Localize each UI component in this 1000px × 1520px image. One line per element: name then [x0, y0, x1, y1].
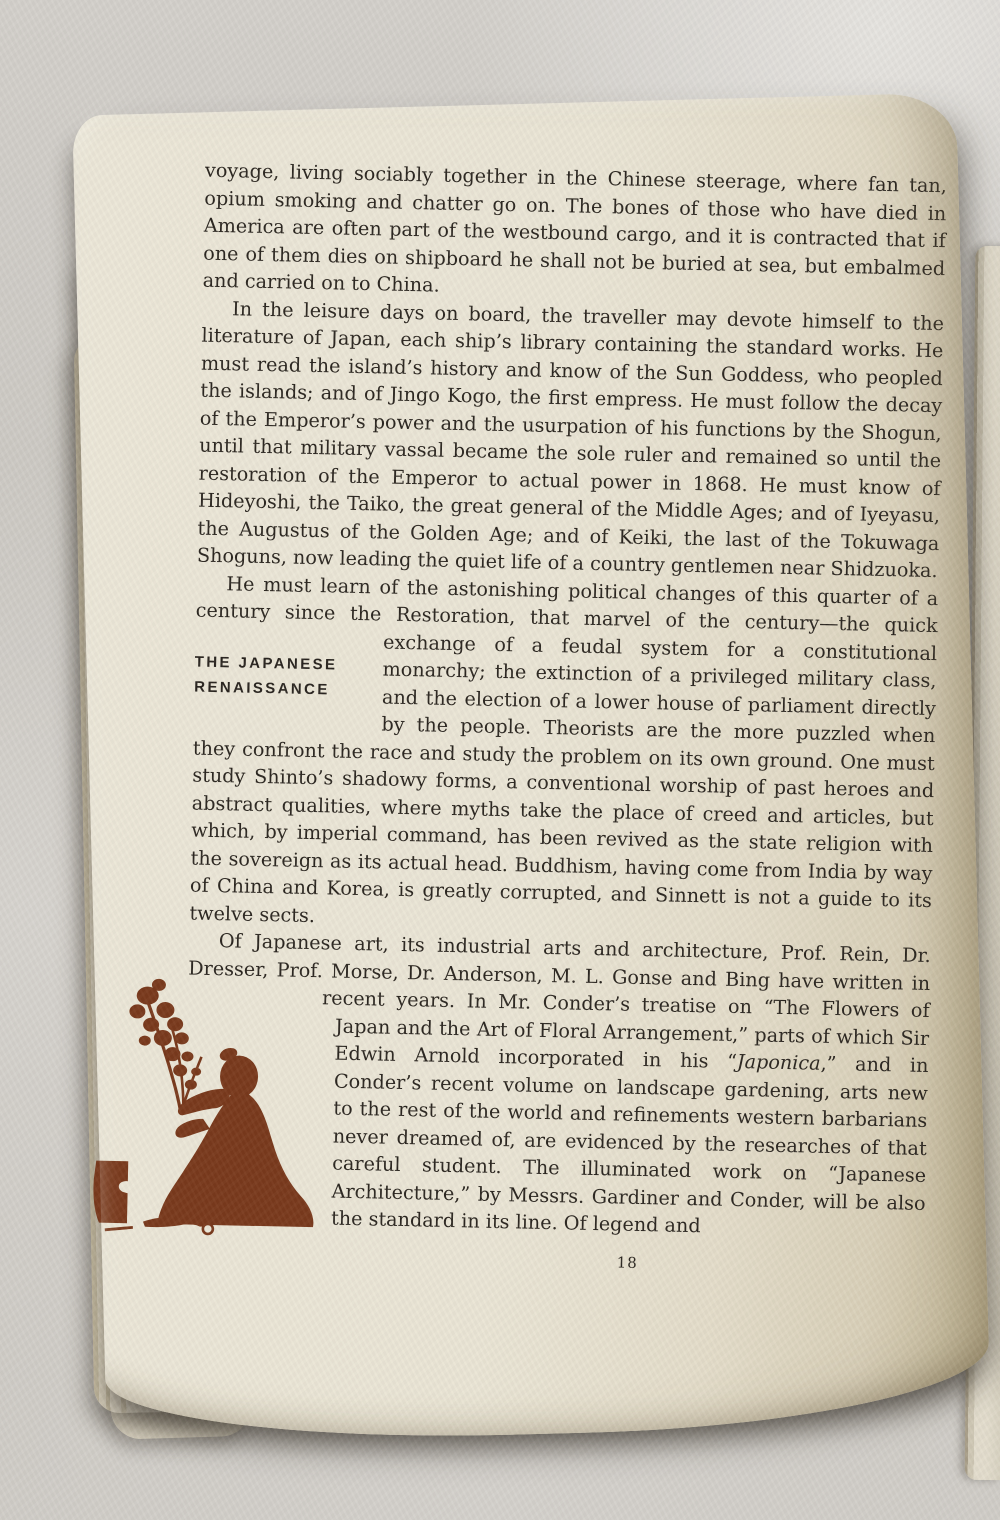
margin-note-line-2: RENAISSANCE — [194, 674, 382, 703]
photo-background: voyage, living sociably together in the … — [0, 0, 1000, 1520]
paragraph-japanese-art: Of Japanese art, its industrial arts and… — [183, 927, 931, 1245]
paragraph-voyage: voyage, living sociably together in the … — [202, 157, 947, 310]
paragraph-text: He must learn of the astonishing politic… — [189, 572, 938, 927]
paragraph-leisure-days: In the leisure days on board, the travel… — [197, 294, 945, 584]
vase-icon — [93, 1161, 129, 1224]
paragraph-text: ,” and in Conder’s recent volume on land… — [331, 1052, 929, 1238]
page-text-block: voyage, living sociably together in the … — [182, 157, 947, 1279]
margin-note-line-1: THE JAPANESE — [194, 649, 382, 678]
book-page: voyage, living sociably together in the … — [72, 93, 991, 1446]
ikebana-silhouette-icon — [81, 970, 336, 1237]
ikebana-illustration — [78, 924, 337, 1261]
japonica-italic: Japonica — [737, 1050, 821, 1075]
flower-branch-icon — [127, 978, 203, 1111]
paragraph-renaissance: THE JAPANESE RENAISSANCE He must learn o… — [189, 569, 938, 942]
